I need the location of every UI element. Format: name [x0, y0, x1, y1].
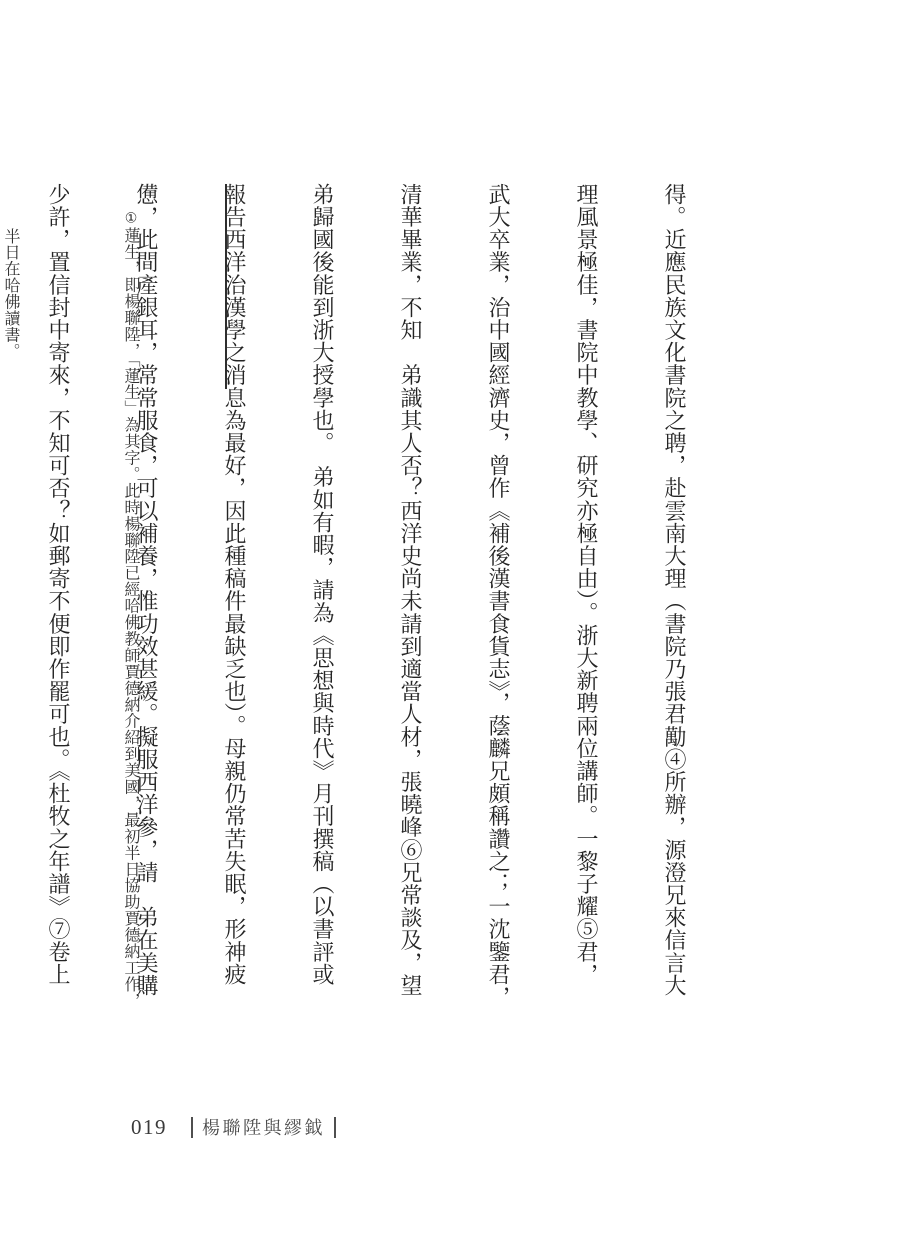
letter-column: 報告西洋治漢學之消息為最好，因此種稿件最缺乏也）。母親仍常苦失眠，形神疲: [216, 183, 252, 1007]
letter-column: 武大卒業，治中國經濟史，曾作《補後漢書食貨志》，蔭麟兄頗稱讚之；一沈鑒君，: [480, 183, 516, 1007]
footnote-divider-rule: [225, 184, 227, 389]
running-title-bar-right: [334, 1117, 336, 1138]
letter-column: 弟歸國後能到浙大授學也。 弟如有暇，請為《思想與時代》月刊撰稿（以書評或: [304, 183, 340, 1007]
page-number: 019: [131, 1115, 167, 1140]
running-title: 楊聯陞與繆鉞: [202, 1114, 325, 1140]
letter-column: 清華畢業，不知 弟識其人否？西洋史尚未請到適當人材，張曉峰⑥兄常談及，望: [392, 183, 428, 1007]
letter-column: 理風景極佳，書院中教學、研究亦極自由）。浙大新聘兩位講師。一黎子耀⑤君，: [568, 183, 604, 1007]
footnote-1: ①蓮生，即楊聯陞，「蓮生」為其字。此時楊聯陞已經哈佛教師賈德納介紹到美國，最初半…: [88, 184, 172, 1000]
letter-column: 得。近應民族文化書院之聘，赴雲南大理（書院乃張君勱④所辦，源澄兄來信言大: [656, 183, 692, 1007]
running-title-bar-left: [191, 1117, 193, 1138]
footnotes: ①蓮生，即楊聯陞，「蓮生」為其字。此時楊聯陞已經哈佛教師賈德納介紹到美國，最初半…: [0, 184, 208, 1000]
footnote-1-text-continued: 半日在哈佛讀書。: [2, 228, 19, 360]
footnote-1-marker: ①: [123, 211, 138, 227]
footnote-1-text: 蓮生，即楊聯陞，「蓮生」為其字。此時楊聯陞已經哈佛教師賈德納介紹到美國，最初半日…: [122, 227, 139, 1009]
book-page: 得。近應民族文化書院之聘，赴雲南大理（書院乃張君勱④所辦，源澄兄來信言大 理風景…: [0, 0, 906, 1256]
page-footer: 019 楊聯陞與繆鉞: [131, 1112, 336, 1142]
footnote-1-continuation: 半日在哈佛讀書。: [0, 184, 52, 1000]
